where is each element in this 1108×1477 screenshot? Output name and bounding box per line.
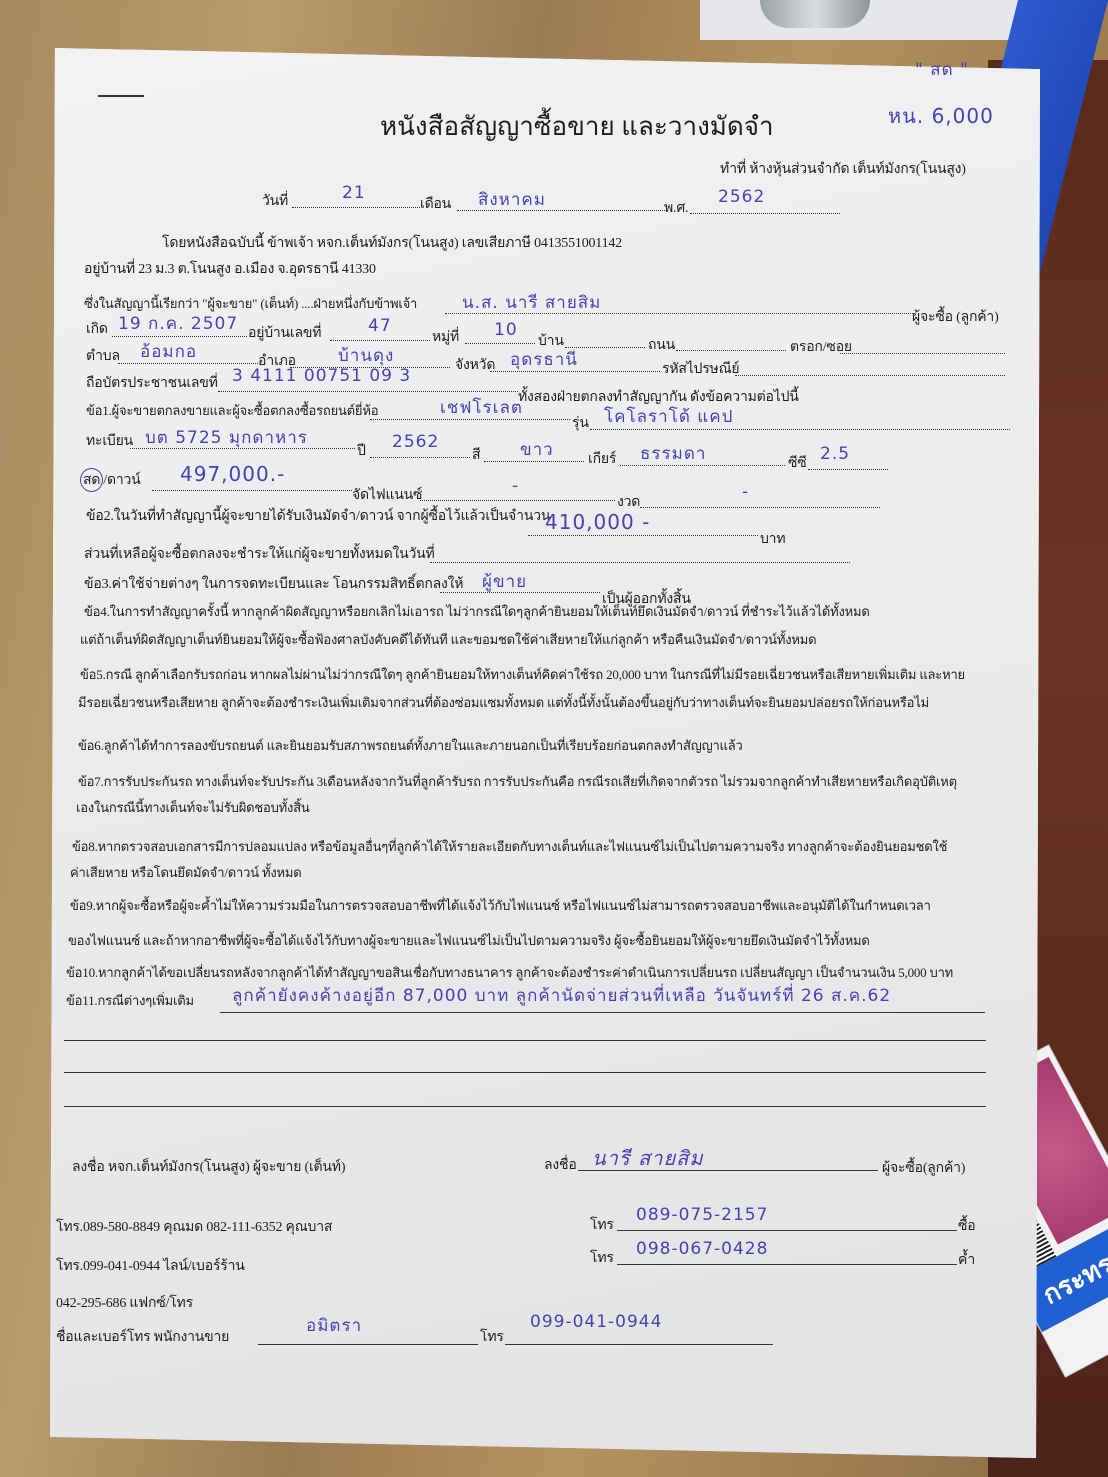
price-line xyxy=(152,490,352,491)
color-field[interactable]: ขาว xyxy=(520,436,554,463)
made-at: ทำที่ ห้างหุ้นส่วนจำกัด เต็นท์มังกร(โนนส… xyxy=(720,158,966,180)
salesperson-phone-line xyxy=(505,1344,773,1345)
clause-8-line-2: ค่าเสียหาย หรือโดนยึดมัดจำ/ดาวน์ ทั้งหมด xyxy=(70,862,301,883)
fee-party-field[interactable]: ผู้ขาย xyxy=(482,568,527,595)
shop-fax: 042-295-686 แฟกซ์/โทร xyxy=(56,1292,193,1314)
brand-field[interactable]: เชฟโรเลต xyxy=(440,394,523,421)
remain-date-line xyxy=(430,562,850,563)
down-label: /ดาวน์ xyxy=(103,473,140,488)
installment-field[interactable]: - xyxy=(742,482,749,502)
soi-label: ตรอก/ซอย xyxy=(790,336,852,358)
extra-line-2 xyxy=(64,1072,986,1073)
plate-field[interactable]: บต 5725 มุกดาหาร xyxy=(145,424,308,451)
subdistrict-label: ตำบล xyxy=(86,345,120,367)
page-title: หนังสือสัญญาซื้อขาย และวางมัดจำ xyxy=(380,106,774,147)
road-label: ถนน xyxy=(648,334,675,356)
moo-label: หมู่ที่ xyxy=(432,326,459,348)
year-label: พ.ศ. xyxy=(664,197,688,219)
subdistrict-field[interactable]: อ้อมกอ xyxy=(140,338,197,365)
amount-annotation: หน. 6,000 xyxy=(888,100,994,132)
cc-label: ซีซี xyxy=(788,452,807,474)
buyer-sign-label: ลงชื่อ xyxy=(544,1154,577,1176)
house-no-line xyxy=(330,340,430,341)
guarantor-phone-line xyxy=(617,1264,957,1265)
moo-field[interactable]: 10 xyxy=(494,320,518,340)
clause-4-line-2: แต่ถ้าเต็นท์ผิดสัญญาเต็นท์ยินยอมให้ผู้จะ… xyxy=(80,629,816,650)
clause-7-line-1: ข้อ7.การรับประกันรถ ทางเต็นท์จะรับประกัน… xyxy=(78,771,957,792)
metal-object xyxy=(760,0,870,28)
gear-label: เกียร์ xyxy=(588,448,616,470)
made-at-value: ห้างหุ้นส่วนจำกัด เต็นท์มังกร(โนนสูง) xyxy=(749,162,966,177)
province-label: จังหวัด xyxy=(455,354,495,376)
price-field[interactable]: 497,000.- xyxy=(180,462,285,486)
month-label: เดือน xyxy=(420,193,451,215)
postcode-line xyxy=(735,375,1005,376)
salesperson-name-line xyxy=(258,1344,478,1345)
year-field-line xyxy=(690,213,840,214)
day-field-line xyxy=(292,207,420,208)
pen-mark xyxy=(98,95,144,97)
seller-address: อยู่บ้านที่ 23 ม.3 ต.โนนสูง อ.เมือง จ.อุ… xyxy=(84,258,376,280)
price-label: สด/ดาวน์ xyxy=(80,468,141,492)
clause-9-line-1: ข้อ9.หากผู้จะซื้อหรือผู้จะค้ำไม่ให้ความร… xyxy=(70,895,931,916)
finance-line xyxy=(420,500,615,501)
id-line xyxy=(218,391,518,392)
clause-11-line xyxy=(220,1012,985,1013)
buyer-suffix: ผู้จะซื้อ (ลูกค้า) xyxy=(912,306,999,328)
shop-phone-1: โทร.089-580-8849 คุณมด 082-111-6352 คุณบ… xyxy=(56,1216,332,1238)
soi-line xyxy=(840,353,1005,354)
vehicle-year-line xyxy=(370,457,470,458)
salesperson-label: ชื่อและเบอร์โทร พนักงานขาย xyxy=(56,1326,229,1348)
born-label: เกิด xyxy=(86,318,108,340)
buyer-name-field[interactable]: น.ส. นารี สายสิม xyxy=(462,289,601,316)
cc-field[interactable]: 2.5 xyxy=(820,444,850,464)
clause-5-line-1: ข้อ5.กรณี ลูกค้าเลือกรับรถก่อน หากผลไม่ผ… xyxy=(80,664,965,685)
clause-10: ข้อ10.หากลูกค้าได้ขอเปลี่ยนรถหลังจากลูกค… xyxy=(66,962,953,983)
buyer-sign-suffix: ผู้จะซื้อ(ลูกค้า) xyxy=(882,1157,965,1179)
province-field[interactable]: อุดรธานี xyxy=(510,346,578,373)
intro-line: โดยหนังสือฉบับนี้ ข้าพเจ้า หจก.เต็นท์มัง… xyxy=(162,232,622,254)
id-field[interactable]: 3 4111 00751 09 3 xyxy=(232,366,411,386)
salesperson-phone-field[interactable]: 099-041-0944 xyxy=(530,1312,662,1332)
gear-field[interactable]: ธรรมดา xyxy=(640,440,706,467)
day-field[interactable]: 21 xyxy=(342,183,366,203)
clause-2-remain: ส่วนที่เหลือผู้จะซื้อตกลงจะชำระให้แก่ผู้… xyxy=(84,543,435,565)
model-label: รุ่น xyxy=(572,412,589,434)
finance-label: จัดไฟแนนซ์ xyxy=(352,484,422,506)
month-field[interactable]: สิงหาคม xyxy=(478,186,546,213)
buyer-phone-suffix: ซื้อ xyxy=(958,1215,976,1237)
deposit-unit: บาท xyxy=(760,528,785,550)
made-at-label: ทำที่ xyxy=(720,162,746,177)
clause-11-label: ข้อ11.กรณีต่างๆเพิ่มเติม xyxy=(66,990,194,1011)
salesperson-name-field[interactable]: อมิตรา xyxy=(306,1312,362,1339)
vehicle-year-field[interactable]: 2562 xyxy=(392,432,439,452)
extra-line-1 xyxy=(64,1040,986,1041)
year-field[interactable]: 2562 xyxy=(718,187,765,207)
salesperson-phone-label: โทร xyxy=(480,1326,504,1348)
clause-1-label: ข้อ1.ผู้จะขายตกลงขายและผู้จะซื้อตกลงซื้อ… xyxy=(86,400,378,421)
plate-label: ทะเบียน xyxy=(86,430,133,452)
day-label: วันที่ xyxy=(262,190,288,212)
installment-line xyxy=(640,507,880,508)
cc-line xyxy=(808,469,888,470)
house-no-field[interactable]: 47 xyxy=(368,316,392,336)
shop-phone-2: โทร.099-041-0944 ไลน์/เบอร์ร้าน xyxy=(56,1255,245,1277)
moo-line xyxy=(465,343,535,344)
clause-9-line-2: ของไฟแนนซ์ และถ้าหากอาชีพที่ผู้จะซื้อได้… xyxy=(68,930,870,951)
guarantor-phone-suffix: ค้ำ xyxy=(958,1249,975,1271)
district-field[interactable]: บ้านดุง xyxy=(338,342,394,369)
born-field[interactable]: 19 ก.ค. 2507 xyxy=(118,310,238,337)
guarantor-phone-label: โทร xyxy=(590,1247,614,1269)
clause-7-line-2: เองในกรณีนี้ทางเต็นท์จะไม่รับผิดชอบทั้งส… xyxy=(76,797,310,818)
finance-field[interactable]: - xyxy=(512,476,519,496)
clause-2: ข้อ2.ในวันที่ทำสัญญานี้ผู้จะขายได้รับเงิ… xyxy=(86,505,550,527)
road-line xyxy=(676,350,786,351)
clause-5-line-2: มีรอยเฉี่ยวชนหรือเสียหาย ลูกค้าจะต้องชำร… xyxy=(78,692,929,713)
clause-4-line-1: ข้อ4.ในการทำสัญญาครั้งนี้ หากลูกค้าผิดสั… xyxy=(84,601,870,622)
postcode-label: รหัสไปรษณีย์ xyxy=(662,358,739,380)
vehicle-year-label: ปี xyxy=(357,440,366,462)
clause-6: ข้อ6.ลูกค้าได้ทำการลองขับรถยนต์ และยินยอ… xyxy=(78,735,743,756)
buyer-phone-line xyxy=(617,1230,957,1231)
cash-circled: สด xyxy=(80,468,103,492)
guarantor-phone-field[interactable]: 098-067-0428 xyxy=(636,1239,768,1259)
color-label: สี xyxy=(472,444,480,466)
deposit-field[interactable]: 410,000 - xyxy=(545,510,650,534)
extra-line-3 xyxy=(64,1106,986,1107)
deposit-line xyxy=(528,535,758,536)
clause-8-line-1: ข้อ8.หากตรวจสอบเอกสารมีการปลอมแปลง หรือข… xyxy=(72,836,947,857)
buyer-phone-field[interactable]: 089-075-2157 xyxy=(636,1205,768,1225)
buyer-phone-label: โทร xyxy=(590,1214,614,1236)
buyer-signature-field[interactable]: นารี สายสิม xyxy=(592,1142,704,1174)
payment-type-annotation: " สด " xyxy=(915,56,969,83)
id-label: ถือบัตรประชาชนเลขที่ xyxy=(86,372,218,394)
seller-signature: ลงชื่อ หจก.เต็นท์มังกร(โนนสูง) ผู้จะขาย … xyxy=(72,1156,345,1178)
model-field[interactable]: โคโลราโด้ แคป xyxy=(604,403,733,430)
house-no-label: อยู่บ้านเลขที่ xyxy=(248,322,321,344)
clause-11-field[interactable]: ลูกค้ายังคงค้างอยู่อีก 87,000 บาท ลูกค้า… xyxy=(232,982,891,1009)
clause-3: ข้อ3.ค่าใช้จ่ายต่างๆ ในการจดทะเบียนและ โ… xyxy=(84,573,463,595)
